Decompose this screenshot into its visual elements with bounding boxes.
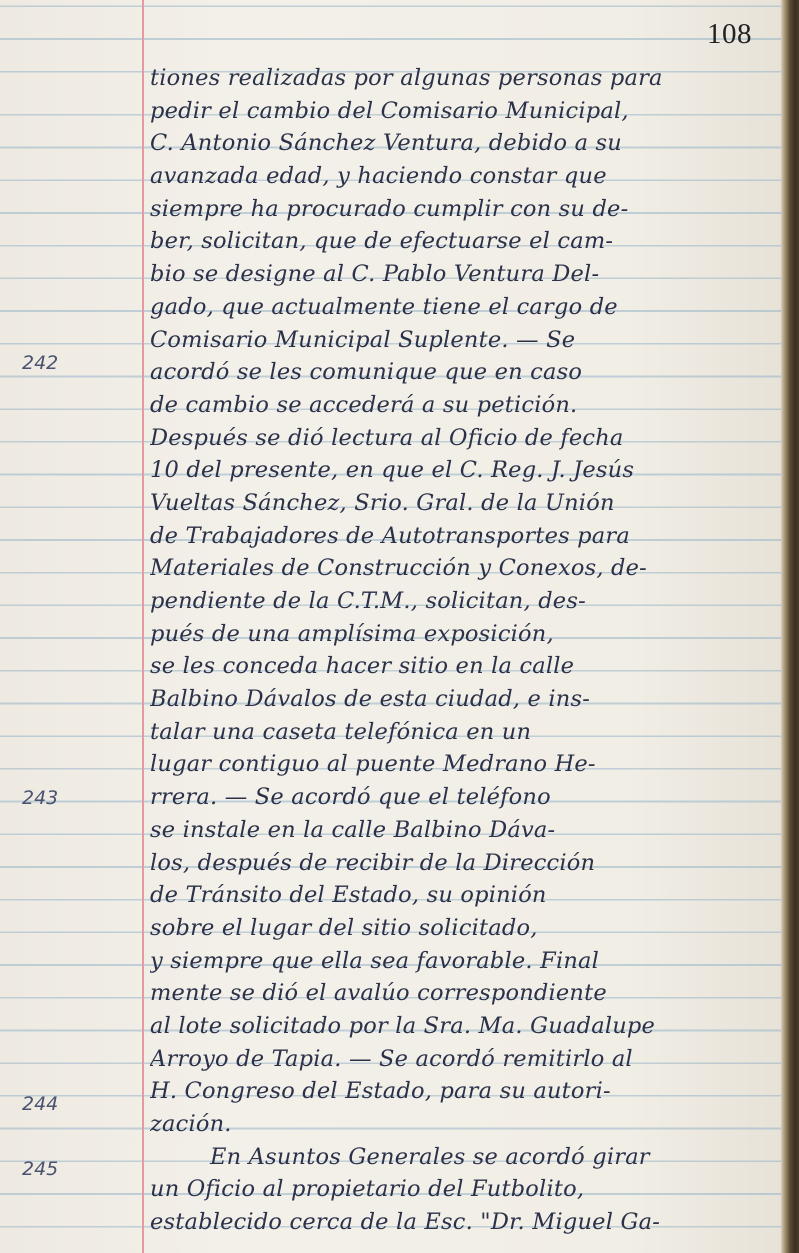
page-number: 108 — [707, 18, 752, 51]
text-line: En Asuntos Generales se acordó girar — [150, 1141, 770, 1174]
text-line: Comisario Municipal Suplente. — Se — [150, 324, 770, 357]
text-line: mente se dió el avalúo correspondiente — [150, 977, 770, 1010]
text-line: siempre ha procurado cumplir con su de- — [150, 193, 770, 226]
entry-number: 243 — [22, 787, 58, 809]
text-line: acordó se les comunique que en caso — [150, 356, 770, 389]
text-line: Balbino Dávalos de esta ciudad, e ins- — [150, 683, 770, 716]
red-margin-line — [142, 0, 144, 1253]
text-line: Después se dió lectura al Oficio de fech… — [150, 422, 770, 455]
text-line: pedir el cambio del Comisario Municipal, — [150, 95, 770, 128]
text-line: sobre el lugar del sitio solicitado, — [150, 912, 770, 945]
text-line: Materiales de Construcción y Conexos, de… — [150, 552, 770, 585]
text-line: establecido cerca de la Esc. "Dr. Miguel… — [150, 1206, 770, 1239]
text-line: avanzada edad, y haciendo constar que — [150, 160, 770, 193]
text-line: un Oficio al propietario del Futbolito, — [150, 1173, 770, 1206]
text-line: los, después de recibir de la Dirección — [150, 847, 770, 880]
text-line: de Trabajadores de Autotransportes para — [150, 520, 770, 553]
text-line: y siempre que ella sea favorable. Final — [150, 945, 770, 978]
text-line: H. Congreso del Estado, para su autori- — [150, 1075, 770, 1108]
text-line: Arroyo de Tapia. — Se acordó remitirlo a… — [150, 1043, 770, 1076]
handwritten-text-body: tiones realizadas por algunas personas p… — [150, 62, 770, 1239]
text-line: 10 del presente, en que el C. Reg. J. Je… — [150, 454, 770, 487]
text-line: Vueltas Sánchez, Srio. Gral. de la Unión — [150, 487, 770, 520]
text-line: se les conceda hacer sitio en la calle — [150, 650, 770, 683]
text-line: ber, solicitan, que de efectuarse el cam… — [150, 225, 770, 258]
text-line: al lote solicitado por la Sra. Ma. Guada… — [150, 1010, 770, 1043]
entry-number: 244 — [22, 1093, 58, 1115]
text-line: lugar contiguo al puente Medrano He- — [150, 748, 770, 781]
text-line: pendiente de la C.T.M., solicitan, des- — [150, 585, 770, 618]
text-line: bio se designe al C. Pablo Ventura Del- — [150, 258, 770, 291]
text-line: de Tránsito del Estado, su opinión — [150, 879, 770, 912]
text-line: de cambio se accederá a su petición. — [150, 389, 770, 422]
text-line: zación. — [150, 1108, 770, 1141]
ledger-page: 108 242243244245 tiones realizadas por a… — [0, 0, 782, 1253]
text-line: gado, que actualmente tiene el cargo de — [150, 291, 770, 324]
text-line: se instale en la calle Balbino Dáva- — [150, 814, 770, 847]
entry-number: 242 — [22, 352, 58, 374]
entry-number: 245 — [22, 1158, 58, 1180]
book-binding-edge — [781, 0, 799, 1253]
text-line: C. Antonio Sánchez Ventura, debido a su — [150, 127, 770, 160]
text-line: tiones realizadas por algunas personas p… — [150, 62, 770, 95]
text-line: talar una caseta telefónica en un — [150, 716, 770, 749]
text-line: pués de una amplísima exposición, — [150, 618, 770, 651]
text-line: rrera. — Se acordó que el teléfono — [150, 781, 770, 814]
